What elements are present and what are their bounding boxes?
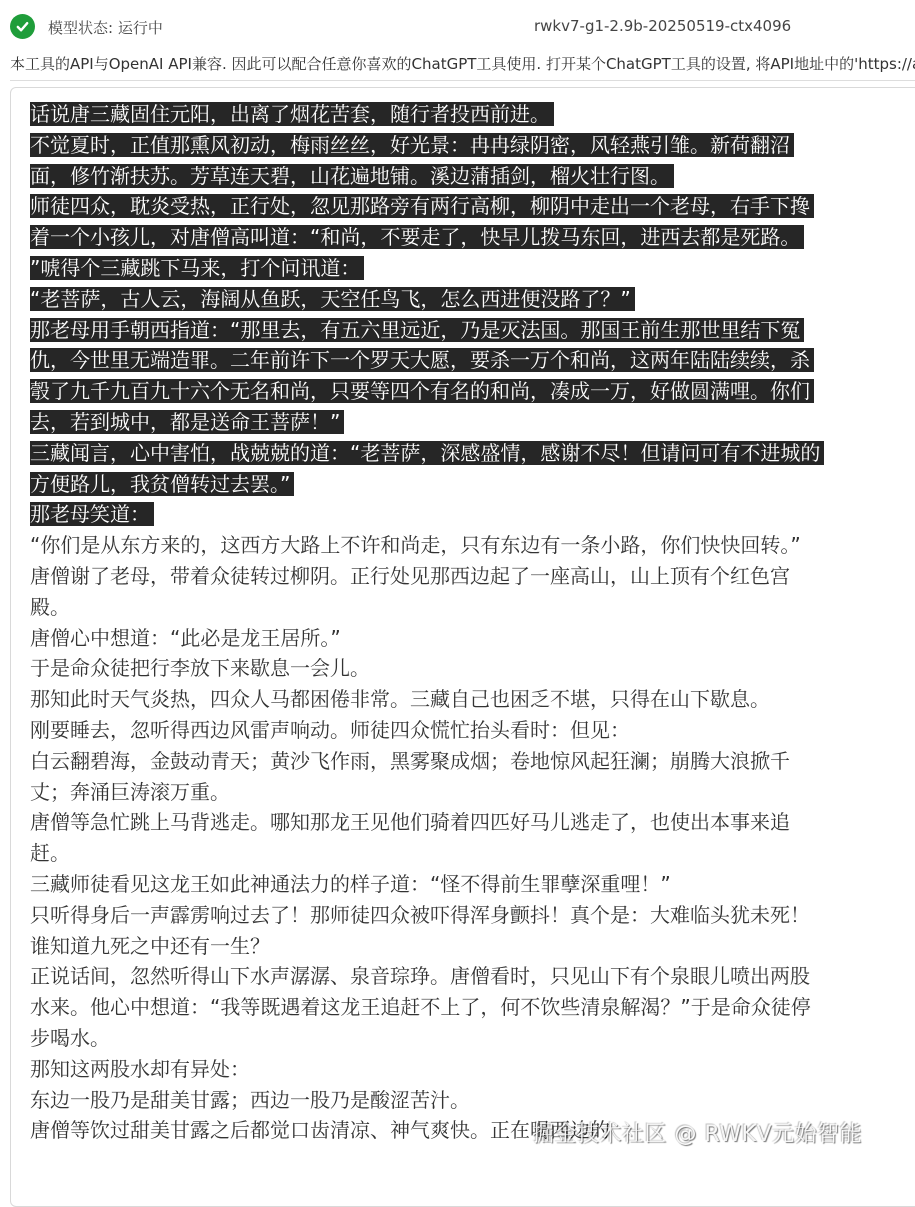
selected-text: 不觉夏时，正值那熏风初动，梅雨丝丝，好光景：冉冉绿阴密，风轻燕引雏。新荷翻沼 [30, 133, 794, 157]
selected-text: 仇，今世里无端造罪。二年前许下一个罗天大愿，要杀一万个和尚，这两年陆陆续续，杀 [30, 348, 814, 372]
selected-text: 话说唐三藏固住元阳，出离了烟花苦套，随行者投西前进。 [30, 102, 554, 126]
selected-text: 三藏闻言，心中害怕，战兢兢的道：“老菩萨，深感盛情，感谢不尽！但请问可有不进城的 [30, 441, 824, 465]
text-line: 那老母笑道： [30, 499, 900, 530]
text-line: “你们是从东方来的，这西方大路上不许和尚走，只有东边有一条小路，你们快快回转。” [30, 530, 900, 561]
line-text: 唐僧等急忙跳上马背逃走。哪知那龙王见他们骑着四匹好马儿逃走了，也使出本事来追 [30, 810, 790, 834]
text-line: 三藏师徒看见这龙王如此神通法力的样子道：“怪不得前生罪孽深重哩！” [30, 869, 900, 900]
text-line: ”唬得个三藏跳下马来，打个问讯道： [30, 253, 900, 284]
text-line: 白云翻碧海，金鼓动青天；黄沙飞作雨，黑雾聚成烟；卷地惊风起狂澜；崩腾大浪掀千 [30, 746, 900, 777]
line-text: 只听得身后一声霹雳响过去了！那师徒四众被吓得浑身颤抖！真个是：大难临头犹未死！ [30, 903, 810, 927]
text-line: 那知此时天气炎热，四众人马都困倦非常。三藏自己也困乏不堪，只得在山下歇息。 [30, 684, 900, 715]
model-name: rwkv7-g1-2.9b-20250519-ctx4096 [534, 17, 791, 35]
text-line: 正说话间，忽然听得山下水声潺潺、泉音琮琤。唐僧看时，只见山下有个泉眼儿喷出两股 [30, 961, 900, 992]
selected-text: 着一个小孩儿，对唐僧高叫道：“和尚，不要走了，快早儿拨马东回，进西去都是死路。 [30, 225, 804, 249]
line-text: 那知这两股水却有异处： [30, 1057, 250, 1081]
selected-text: “老菩萨，古人云，海阔从鱼跃，天空任鸟飞，怎么西进便没路了？” [30, 287, 635, 311]
line-text: 水来。他心中想道：“我等既遇着这龙王追赶不上了，何不饮些清泉解渴？”于是命众徒停 [30, 995, 811, 1019]
text-line: 唐僧谢了老母，带着众徒转过柳阴。正行处见那西边起了一座高山，山上顶有个红色宫 [30, 561, 900, 592]
checkmark-icon [15, 19, 30, 34]
text-line: 不觉夏时，正值那熏风初动，梅雨丝丝，好光景：冉冉绿阴密，风轻燕引雏。新荷翻沼 [30, 130, 900, 161]
text-line: 面，修竹渐扶苏。芳草连天碧，山花遍地铺。溪边蒲插剑，榴火壮行图。 [30, 161, 900, 192]
text-line: 步喝水。 [30, 1023, 900, 1054]
check-circle-icon [10, 14, 35, 39]
text-line: 仇，今世里无端造罪。二年前许下一个罗天大愿，要杀一万个和尚，这两年陆陆续续，杀 [30, 345, 900, 376]
line-text: “你们是从东方来的，这西方大路上不许和尚走，只有东边有一条小路，你们快快回转。” [30, 533, 801, 557]
line-text: 白云翻碧海，金鼓动青天；黄沙飞作雨，黑雾聚成烟；卷地惊风起狂澜；崩腾大浪掀千 [30, 749, 790, 773]
line-text: 东边一股乃是甜美甘露；西边一股乃是酸涩苦汁。 [30, 1088, 470, 1112]
text-line: 去，若到城中，都是送命王菩萨！” [30, 407, 900, 438]
line-text: 正说话间，忽然听得山下水声潺潺、泉音琮琤。唐僧看时，只见山下有个泉眼儿喷出两股 [30, 964, 810, 988]
text-line: 谁知道九死之中还有一生？ [30, 931, 900, 962]
selected-text: ”唬得个三藏跳下马来，打个问讯道： [30, 256, 364, 280]
text-line: 水来。他心中想道：“我等既遇着这龙王追赶不上了，何不饮些清泉解渴？”于是命众徒停 [30, 992, 900, 1023]
line-text: 殿。 [30, 595, 70, 619]
text-line: 彀了九千九百九十六个无名和尚，只要等四个有名的和尚，凑成一万，好做圆满哩。你们 [30, 376, 900, 407]
text-line: 三藏闻言，心中害怕，战兢兢的道：“老菩萨，深感盛情，感谢不尽！但请问可有不进城的 [30, 438, 900, 469]
selected-text: 师徒四众，耽炎受热，正行处，忽见那路旁有两行高柳，柳阴中走出一个老母，右手下搀 [30, 194, 814, 218]
text-line: 刚要睡去，忽听得西边风雷声响动。师徒四众慌忙抬头看时：但见： [30, 715, 900, 746]
line-text: 唐僧心中想道：“此必是龙王居所。” [30, 626, 341, 650]
text-line: 那知这两股水却有异处： [30, 1054, 900, 1085]
selected-text: 方便路儿，我贫僧转过去罢。” [30, 472, 294, 496]
line-text: 刚要睡去，忽听得西边风雷声响动。师徒四众慌忙抬头看时：但见： [30, 718, 630, 742]
line-text: 丈；奔涌巨涛滚万重。 [30, 780, 230, 804]
text-line: 唐僧心中想道：“此必是龙王居所。” [30, 623, 900, 654]
text-line: 赶。 [30, 838, 900, 869]
line-text: 于是命众徒把行李放下来歇息一会儿。 [30, 656, 370, 680]
text-line: 于是命众徒把行李放下来歇息一会儿。 [30, 653, 900, 684]
text-line: 丈；奔涌巨涛滚万重。 [30, 777, 900, 808]
text-line: 那老母用手朝西指道：“那里去，有五六里远近，乃是灭法国。那国王前生那世里结下冤 [30, 315, 900, 346]
watermark: 掘金技术社区 @ RWKV元始智能 [532, 1117, 862, 1148]
line-text: 唐僧等饮过甜美甘露之后都觉口齿清凉、神气爽快。正在喝西边的 [30, 1118, 610, 1142]
text-line: 东边一股乃是甜美甘露；西边一股乃是酸涩苦汁。 [30, 1085, 900, 1116]
completion-text[interactable]: 话说唐三藏固住元阳，出离了烟花苦套，随行者投西前进。不觉夏时，正值那熏风初动，梅… [30, 99, 900, 1146]
text-line: 殿。 [30, 592, 900, 623]
selected-text: 面，修竹渐扶苏。芳草连天碧，山花遍地铺。溪边蒲插剑，榴火壮行图。 [30, 164, 674, 188]
selected-text: 彀了九千九百九十六个无名和尚，只要等四个有名的和尚，凑成一万，好做圆满哩。你们 [30, 379, 814, 403]
line-text: 步喝水。 [30, 1026, 110, 1050]
line-text: 三藏师徒看见这龙王如此神通法力的样子道：“怪不得前生罪孽深重哩！” [30, 872, 671, 896]
status-bar: 模型状态: 运行中 rwkv7-g1-2.9b-20250519-ctx4096 [0, 0, 915, 52]
line-text: 赶。 [30, 841, 70, 865]
selected-text: 去，若到城中，都是送命王菩萨！” [30, 410, 344, 434]
text-line: “老菩萨，古人云，海阔从鱼跃，天空任鸟飞，怎么西进便没路了？” [30, 284, 900, 315]
text-line: 着一个小孩儿，对唐僧高叫道：“和尚，不要走了，快早儿拨马东回，进西去都是死路。 [30, 222, 900, 253]
text-line: 话说唐三藏固住元阳，出离了烟花苦套，随行者投西前进。 [30, 99, 900, 130]
divider [10, 80, 915, 81]
line-text: 唐僧谢了老母，带着众徒转过柳阴。正行处见那西边起了一座高山，山上顶有个红色宫 [30, 564, 790, 588]
line-text: 那知此时天气炎热，四众人马都困倦非常。三藏自己也困乏不堪，只得在山下歇息。 [30, 687, 770, 711]
api-compat-info: 本工具的API与OpenAI API兼容. 因此可以配合任意你喜欢的ChatGP… [10, 53, 915, 74]
text-line: 只听得身后一声霹雳响过去了！那师徒四众被吓得浑身颤抖！真个是：大难临头犹未死！ [30, 900, 900, 931]
model-status-label: 模型状态: 运行中 [48, 17, 163, 38]
line-text: 谁知道九死之中还有一生？ [30, 934, 270, 958]
text-line: 方便路儿，我贫僧转过去罢。” [30, 469, 900, 500]
selected-text: 那老母笑道： [30, 502, 154, 526]
selected-text: 那老母用手朝西指道：“那里去，有五六里远近，乃是灭法国。那国王前生那世里结下冤 [30, 318, 804, 342]
text-line: 唐僧等急忙跳上马背逃走。哪知那龙王见他们骑着四匹好马儿逃走了，也使出本事来追 [30, 807, 900, 838]
text-line: 师徒四众，耽炎受热，正行处，忽见那路旁有两行高柳，柳阴中走出一个老母，右手下搀 [30, 191, 900, 222]
